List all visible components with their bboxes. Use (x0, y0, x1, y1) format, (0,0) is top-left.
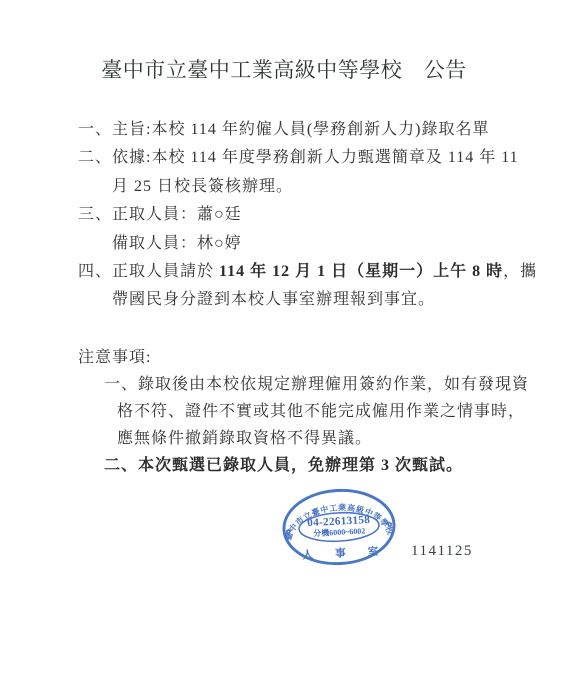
text-line: 月 25 日校長簽核辦理。 (78, 173, 548, 201)
text-segment: 三、正取人員：蕭○廷 (78, 206, 242, 223)
text-line: 二、本次甄選已錄取人員，免辦理第 3 次甄試。 (78, 452, 548, 479)
announcement-document: 臺中市立臺中工業高級中等學校 公告 一、主旨:本校 114 年約僱人員(學務創新… (0, 0, 568, 700)
notes-heading: 注意事項: (78, 344, 548, 371)
notes-list: 一、錄取後由本校依規定辦理僱用簽約作業，如有發現資格不符、證件不實或其他不能完成… (78, 371, 548, 479)
text-line: 一、主旨:本校 114 年約僱人員(學務創新人力)錄取名單 (78, 116, 548, 144)
text-segment: 二、依據:本校 114 年度學務創新人力甄選簡章及 114 年 11 (78, 149, 519, 166)
text-line: 一、錄取後由本校依規定辦理僱用簽約作業，如有發現資 (78, 371, 548, 398)
document-title: 臺中市立臺中工業高級中等學校 公告 (0, 54, 568, 84)
text-line: 三、正取人員：蕭○廷 (78, 201, 548, 229)
text-segment: ，攜 (503, 263, 537, 280)
bold-text-segment: 114 年 12 月 1 日（星期一）上午 8 時 (219, 263, 503, 280)
text-line: 四、正取人員請於 114 年 12 月 1 日（星期一）上午 8 時，攜 (78, 258, 548, 286)
text-segment: 格不符、證件不實或其他不能完成僱用作業之情事時， (117, 403, 525, 420)
text-segment: 備取人員：林○婷 (112, 235, 242, 252)
stamp-seal-graphic: 臺中市立臺中工業高級中等學校 04-22613158 分機6000~6002 人… (278, 485, 400, 569)
text-segment: 月 25 日校長簽核辦理。 (112, 178, 293, 195)
announcement-body: 一、主旨:本校 114 年約僱人員(學務創新人力)錄取名單二、依據:本校 114… (78, 116, 548, 315)
text-segment: 一、錄取後由本校依規定辦理僱用簽約作業，如有發現資 (104, 376, 529, 393)
document-date-number: 1141125 (411, 543, 473, 560)
text-segment: 一、主旨:本校 114 年約僱人員(學務創新人力)錄取名單 (78, 121, 490, 138)
text-line: 帶國民身分證到本校人事室辦理報到事宜。 (78, 286, 548, 314)
text-line: 應無條件撤銷錄取資格不得異議。 (78, 425, 548, 452)
personnel-office-stamp: 臺中市立臺中工業高級中等學校 04-22613158 分機6000~6002 人… (278, 485, 400, 569)
text-segment: 帶國民身分證到本校人事室辦理報到事宜。 (112, 291, 435, 308)
bold-text-segment: 二、本次甄選已錄取人員，免辦理第 3 次甄試。 (104, 457, 463, 474)
text-line: 二、依據:本校 114 年度學務創新人力甄選簡章及 114 年 11 (78, 144, 548, 172)
text-line: 格不符、證件不實或其他不能完成僱用作業之情事時， (78, 398, 548, 425)
text-segment: 四、正取人員請於 (78, 263, 219, 280)
text-line: 備取人員：林○婷 (78, 230, 548, 258)
text-segment: 應無條件撤銷錄取資格不得異議。 (117, 430, 372, 447)
notes-section: 注意事項: 一、錄取後由本校依規定辦理僱用簽約作業，如有發現資格不符、證件不實或… (78, 344, 548, 479)
